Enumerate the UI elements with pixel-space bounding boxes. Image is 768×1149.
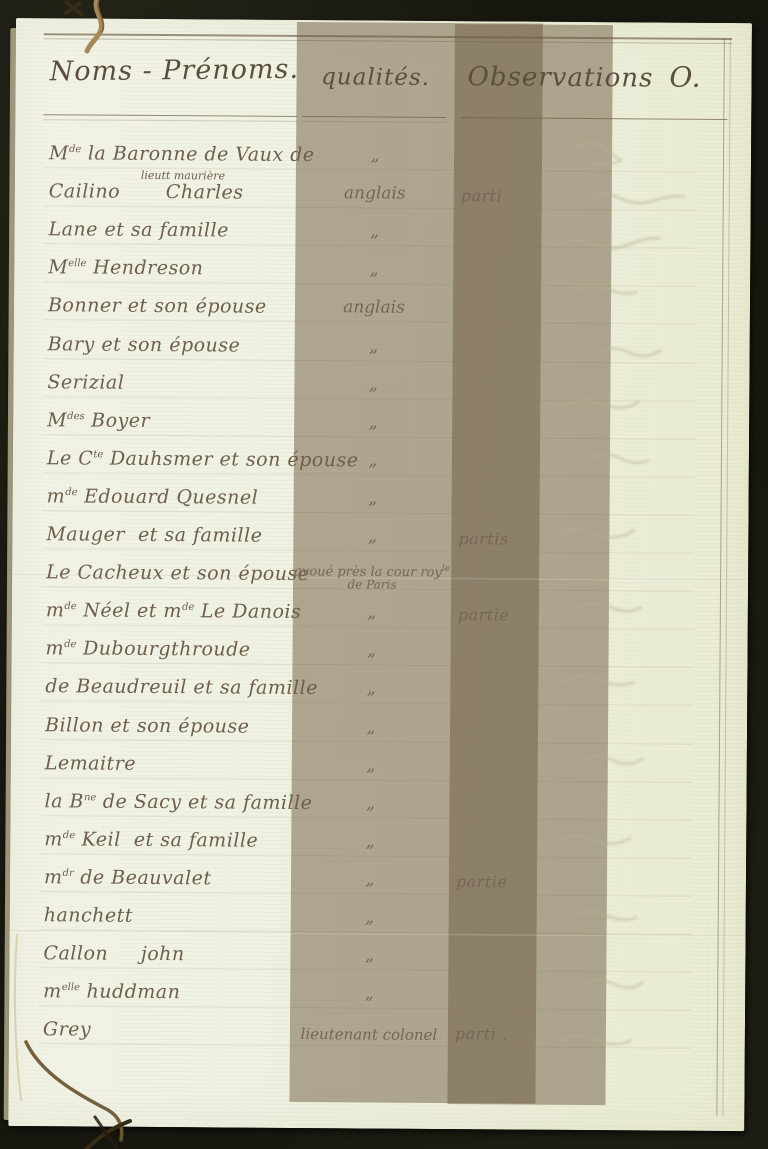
register-row: Lane et sa famille „ [48,216,730,259]
register-row: Mauger et sa famille „ partis [46,521,728,564]
quality-text: anglais [343,298,405,318]
name-cell: Mde la Baronne de Vaux de [49,142,295,166]
name-text: de Beauvalet [74,866,212,889]
quality-cell: „ [293,640,451,661]
register-row: mde Dubourgthroude „ [45,636,727,679]
quality-cell: lieutenant colonel [290,1025,448,1044]
quality-cell: „ [291,869,449,890]
register-row: Billon et son épouse „ [45,712,727,755]
name-text: M [49,142,69,164]
quality-cell: „ [295,259,453,280]
name-text: Keil et sa famille [75,828,258,851]
quality-text: „ [368,450,377,470]
observation-cell: parti [461,186,721,207]
observation-cell [459,415,719,417]
register-row: la Bne de Sacy et sa famille „ [44,788,726,831]
quality-cell: „ [292,716,450,737]
observation-text: parti [461,186,503,205]
observation-cell [455,986,715,988]
register-row: Le Cte Dauhsmer et son épouse „ [47,445,729,488]
name-superscript: elle [68,258,86,269]
register-row: hanchett „ [44,902,726,945]
quality-text: „ [367,717,376,737]
quality-cell: „ [295,221,453,242]
quality-cell: „ [290,983,448,1004]
register-row: mdr de Beauvalet „ partie [44,864,726,907]
name-text: Boyer [85,409,151,431]
quality-cell: „ [295,335,453,356]
name-text: m [46,638,65,660]
name-cell: Serizial [47,371,293,395]
name-text: Serizial [47,371,124,394]
name-text: Lane et sa famille [48,218,229,241]
observation-cell [458,643,718,645]
name-text: la B [44,790,84,812]
register-row: lieutt maurièreCailino Charles anglais p… [49,178,731,221]
name-text: de Sacy et sa famille [96,790,312,814]
observation-cell [460,339,720,341]
name-text: Dubourgthroude [76,638,250,661]
name-cell: melle huddman [43,980,289,1004]
quality-cell: „ [294,374,452,395]
header-flourish: O. [669,61,701,94]
name-cell: mde Keil et sa famille [44,828,290,852]
observation-cell: partis [458,529,718,550]
register-row: Mdes Boyer „ [47,407,729,450]
register-row: Le Cacheux et son épouse avoué près la c… [46,559,728,602]
register-row: Bonner et son épouse anglais [48,293,730,336]
name-cell: Lane et sa famille [48,218,294,242]
name-text: M [48,257,68,279]
register-row: Melle Hendreson „ [48,255,730,298]
observation-text: parti . [455,1024,508,1043]
name-cell: mde Néel et mde Le Danois [46,599,292,623]
column-header-observations-label: Observations [467,62,653,93]
quality-text: „ [370,222,379,242]
quality-cell: „ [290,945,448,966]
quality-cell: „ [294,450,452,471]
observation-cell [458,567,718,569]
register-row: Callon john „ [43,940,725,983]
quality-cell: „ [293,602,451,623]
name-text: la Baronne de Vaux de [81,142,314,166]
quality-cell: „ [291,793,449,814]
quality-cell: „ [291,831,449,852]
name-text: Le Cacheux et son épouse [46,561,309,585]
quality-text: anglais [344,183,406,203]
name-text: de Beaudreuil et sa famille [45,676,318,700]
observation-cell [460,377,720,379]
quality-text: „ [369,412,378,432]
name-cell: lieutt maurièreCailino Charles [49,180,295,204]
quality-cell: „ [292,755,450,776]
name-cell: Melle Hendreson [48,257,294,281]
quality-cell: „ [296,145,454,166]
name-superscript: de [64,639,76,650]
observation-cell [456,834,716,836]
name-cell: Callon john [43,942,289,966]
quality-text: „ [367,641,376,661]
name-text: Callon john [43,942,184,965]
register-row: mde Edouard Quesnel „ [46,483,728,526]
register-row: mde Néel et mde Le Danois „ partie [46,597,728,640]
name-superscript: dr [63,868,74,879]
name-superscript: de [69,144,81,155]
quality-text: „ [367,679,376,699]
quality-text: „ [365,907,374,927]
quality-cell: „ [294,488,452,509]
quality-text: „ [366,755,375,775]
column-header-observations: ObservationsO. [467,59,701,94]
register-row: Bary et son épouse „ [48,331,730,374]
name-cell: mdr de Beauvalet [44,866,290,890]
name-text: m [44,866,63,888]
name-text: Néel et m [77,600,182,623]
observation-cell [456,948,716,950]
register-row: Serizial „ [47,369,729,412]
observation-text: partie [458,605,510,624]
name-cell: Grey [43,1019,289,1043]
name-superscript: des [67,411,85,422]
name-superscript: de [182,602,194,613]
observation-cell: parti . [455,1024,715,1045]
name-text: Grey [43,1019,91,1041]
observation-cell [459,491,719,493]
name-text: m [47,485,66,507]
name-text: Bary et son épouse [48,333,241,356]
name-superscript: te [93,449,103,460]
column-header-qualities: qualités. [297,64,455,91]
header-underline-faint [43,119,297,122]
name-text: M [47,409,67,431]
thread-knot-top [66,2,82,15]
observation-cell [457,681,717,683]
quality-text: „ [366,793,375,813]
name-cell: de Beaudreuil et sa famille [45,676,291,700]
name-superscript: de [65,487,77,498]
name-text: Billon et son épouse [45,714,250,737]
name-text: Le Danois [194,600,301,623]
quality-cell: anglais [295,297,453,318]
name-text: Lemaitre [45,752,136,775]
name-cell: Lemaitre [45,752,291,776]
name-text: Edouard Quesnel [77,485,258,508]
quality-cell: „ [294,412,452,433]
observation-text: partie [456,872,508,891]
name-text: m [43,980,62,1002]
name-cell: Bary et son épouse [48,333,294,357]
quality-text: „ [367,603,376,623]
name-superscript: de [64,601,76,612]
name-text: hanchett [44,904,133,927]
observation-cell: partie [458,605,718,626]
quality-cell: „ [292,678,450,699]
quality-text: „ [369,374,378,394]
name-cell: Mauger et sa famille [46,523,292,547]
quality-text: „ [368,488,377,508]
quality-text: „ [368,526,377,546]
register-page: Noms - Prénoms. qualités. ObservationsO.… [8,18,752,1131]
name-cell: hanchett [44,904,290,928]
quality-text: „ [365,946,374,966]
quality-cell: anglais [296,183,454,204]
observation-cell: partie [456,872,716,893]
name-text: Cailino Charles [49,180,244,203]
name-cell: mde Edouard Quesnel [47,485,293,509]
quality-cell: „ [293,526,451,547]
observation-cell [461,148,721,150]
quality-text: lieutenant colonel [300,1025,437,1044]
observation-cell [461,224,721,226]
quality-text: „ [366,869,375,889]
observation-cell [457,720,717,722]
quality-text-line2: de Paris [293,578,451,592]
name-cell: Mdes Boyer [47,409,293,433]
name-annotation: lieutt maurière [141,169,225,183]
quality-text: „ [370,260,379,280]
observation-cell [456,910,716,912]
register-row: de Beaudreuil et sa famille „ [45,674,727,717]
name-text: m [46,599,65,621]
observation-cell [457,796,717,798]
quality-superscript: le [442,564,450,574]
quality-text: „ [369,336,378,356]
observation-text: partis [458,529,508,548]
name-superscript: de [63,830,75,841]
quality-text: „ [371,145,380,165]
quality-cell: avoué près la cour roylede Paris [293,562,451,592]
observation-cell [457,758,717,760]
register-row: mde Keil et sa famille „ [44,826,726,869]
name-text: Hendreson [86,257,203,280]
name-superscript: elle [62,982,80,993]
header-underline [43,114,297,117]
name-text: m [44,828,63,850]
register-row: Lemaitre „ [45,750,727,793]
name-cell: Le Cacheux et son épouse [46,561,292,585]
name-cell: mde Dubourgthroude [46,638,292,662]
quality-text: „ [365,984,374,1004]
name-superscript: ne [84,792,96,803]
quality-text: „ [366,831,375,851]
register-row: Grey lieutenant colonel parti . [43,1017,725,1060]
column-header-names: Noms - Prénoms. [49,54,299,88]
observation-cell [460,262,720,264]
name-text: Le C [47,447,94,469]
name-cell: Le Cte Dauhsmer et son épouse [47,447,293,471]
observation-cell [459,453,719,455]
name-text: huddman [80,981,181,1004]
name-text: Mauger et sa famille [46,523,262,547]
name-text: Bonner et son épouse [48,295,267,319]
quality-cell: „ [291,907,449,928]
observation-cell [460,300,720,302]
name-cell: Bonner et son épouse [48,295,294,319]
name-cell: Billon et son épouse [45,714,291,738]
register-row: melle huddman „ [43,978,725,1021]
name-cell: la Bne de Sacy et sa famille [44,790,290,814]
